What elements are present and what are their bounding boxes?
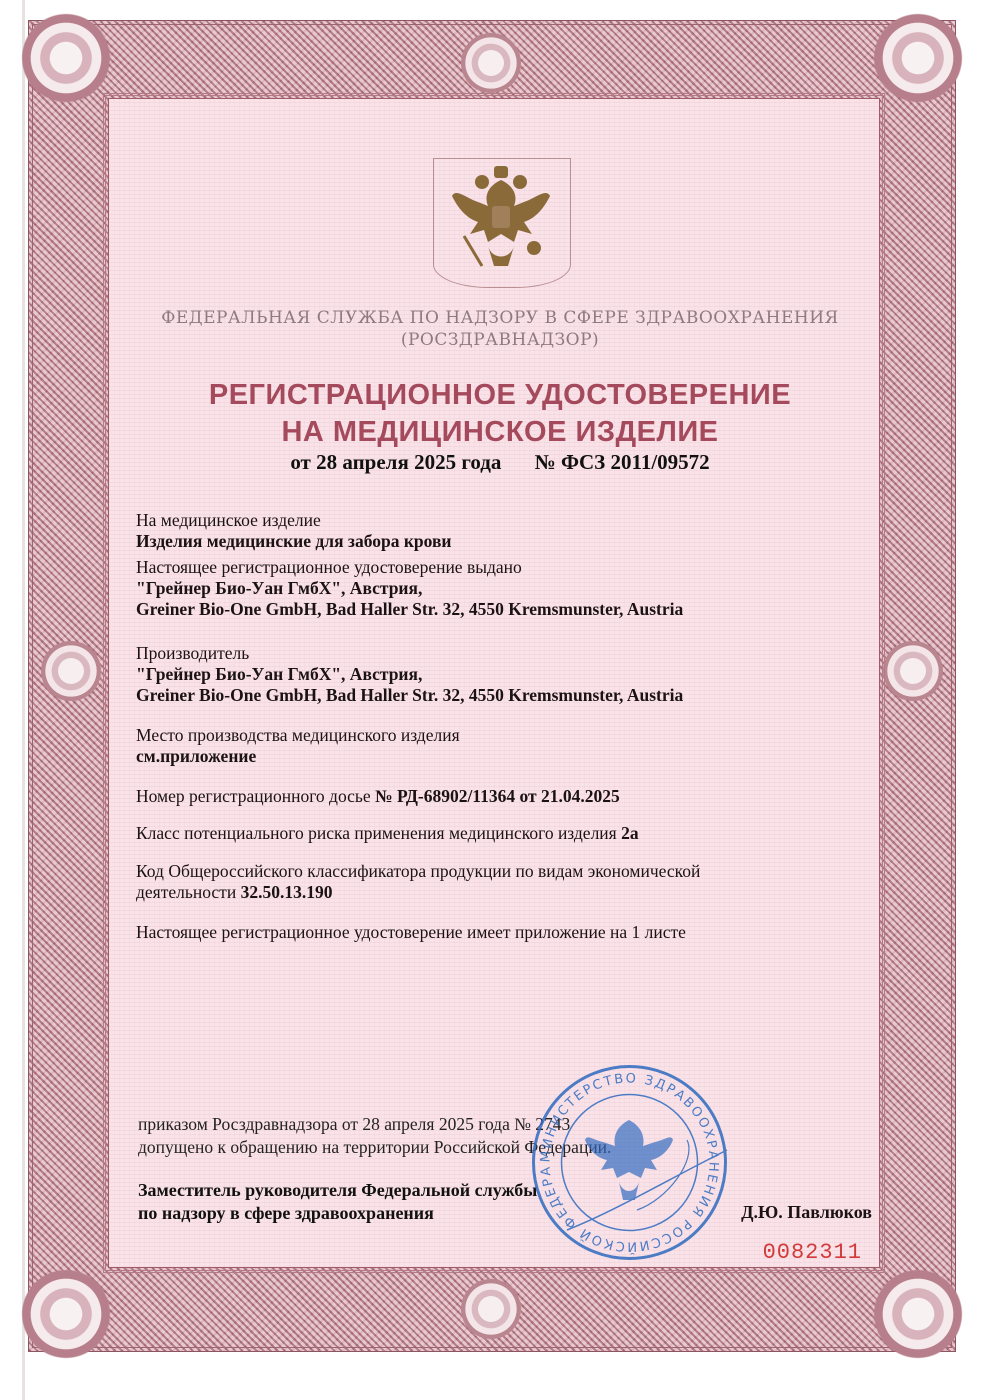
risk-label: Класс потенциального риска применения ме… [136,823,621,843]
double-headed-eagle-icon [448,162,554,280]
manufacturer-ru: "Грейнер Био-Уан ГмбХ", Австрия, [136,664,683,685]
document-title: РЕГИСТРАЦИОННОЕ УДОСТОВЕРЕНИЕ [0,379,1000,412]
corner-ornament-icon [21,13,111,103]
issued-holder-en: Greiner Bio-One GmbH, Bad Haller Str. 32… [136,599,683,620]
okpd-label-cont: деятельности [136,882,241,902]
corner-ornament-icon [873,1269,963,1359]
okpd-value: 32.50.13.190 [241,882,333,902]
dossier-value: № РД-68902/11364 от 21.04.2025 [375,786,620,806]
corner-ornament-icon [873,13,963,103]
side-ornament-icon [883,641,943,701]
production-section: Место производства медицинского изделия … [136,725,460,767]
side-ornament-icon [41,641,101,701]
issued-label: Настоящее регистрационное удостоверение … [136,557,683,578]
okpd-section: Код Общероссийского классификатора проду… [136,861,700,903]
official-stamp-icon: МИНИСТЕРСТВО ЗДРАВООХРАНЕНИЯ РОССИЙСКОЙ … [527,1060,732,1265]
certificate-number: № ФСЗ 2011/09572 [535,450,710,474]
manufacturer-section: Производитель "Грейнер Био-Уан ГмбХ", Ав… [136,643,683,706]
production-label: Место производства медицинского изделия [136,725,460,746]
signatory-position-2: по надзору в сфере здравоохранения [138,1203,434,1224]
production-value: см.приложение [136,746,460,767]
device-value: Изделия медицинские для забора крови [136,531,452,552]
issued-holder-ru: "Грейнер Био-Уан ГмбХ", Австрия, [136,578,683,599]
top-ornament-icon [461,33,521,93]
document-subtitle: НА МЕДИЦИНСКОЕ ИЗДЕЛИЕ [0,416,1000,449]
issue-date: от 28 апреля 2025 года [290,450,501,474]
dossier-line: Номер регистрационного досье № РД-68902/… [136,786,620,807]
manufacturer-label: Производитель [136,643,683,664]
agency-abbreviation: (РОСЗДРАВНАДЗОР) [0,330,1000,350]
agency-name: ФЕДЕРАЛЬНАЯ СЛУЖБА ПО НАДЗОРУ В СФЕРЕ ЗД… [0,308,1000,328]
manufacturer-en: Greiner Bio-One GmbH, Bad Haller Str. 32… [136,685,683,706]
appendix-note: Настоящее регистрационное удостоверение … [136,922,686,943]
dossier-label: Номер регистрационного досье [136,786,375,806]
order-line-1: приказом Росздравнадзора от 28 апреля 20… [138,1114,570,1135]
serial-number: 0082311 [763,1240,862,1265]
risk-value: 2а [621,823,639,843]
device-section: На медицинское изделие Изделия медицинск… [136,510,452,552]
bottom-ornament-icon [461,1279,521,1339]
issued-section: Настоящее регистрационное удостоверение … [136,557,683,620]
signatory-position-1: Заместитель руководителя Федеральной слу… [138,1180,537,1201]
device-label: На медицинское изделие [136,510,452,531]
page-edge-line [22,0,25,1400]
corner-ornament-icon [21,1269,111,1359]
signatory-name: Д.Ю. Павлюков [741,1202,872,1223]
okpd-label: Код Общероссийского классификатора проду… [136,861,700,882]
risk-class-line: Класс потенциального риска применения ме… [136,823,639,844]
date-and-number: от 28 апреля 2025 года № ФСЗ 2011/09572 [0,450,1000,475]
